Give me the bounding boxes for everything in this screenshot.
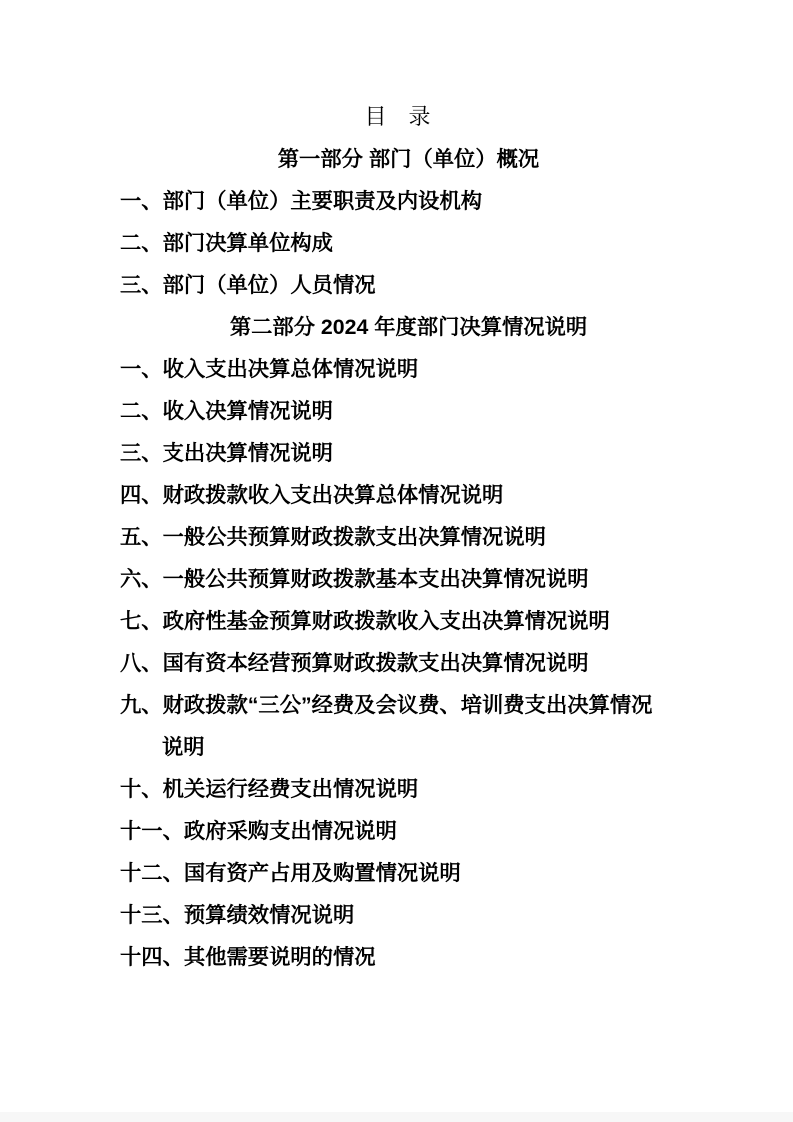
toc-item-p1-3: 三、部门（单位）人员情况 bbox=[120, 264, 697, 306]
toc-item-p2-12: 十二、国有资产占用及购置情况说明 bbox=[120, 852, 697, 894]
toc-item-p1-2: 二、部门决算单位构成 bbox=[120, 222, 697, 264]
toc-item-p2-13: 十三、预算绩效情况说明 bbox=[120, 894, 697, 936]
toc-item-p2-11: 十一、政府采购支出情况说明 bbox=[120, 810, 697, 852]
page-bottom-gap bbox=[0, 1112, 793, 1122]
document-page: 目 录 第一部分 部门（单位）概况 一、部门（单位）主要职责及内设机构 二、部门… bbox=[0, 0, 793, 1122]
part1-heading: 第一部分 部门（单位）概况 bbox=[120, 138, 697, 180]
toc-item-p2-1: 一、收入支出决算总体情况说明 bbox=[120, 348, 697, 390]
toc-item-p2-10: 十、机关运行经费支出情况说明 bbox=[120, 768, 697, 810]
toc-item-p2-8: 八、国有资本经营预算财政拨款支出决算情况说明 bbox=[120, 642, 697, 684]
toc-item-p2-4: 四、财政拨款收入支出决算总体情况说明 bbox=[120, 474, 697, 516]
toc-item-p2-7: 七、政府性基金预算财政拨款收入支出决算情况说明 bbox=[120, 600, 697, 642]
toc-item-p2-6: 六、一般公共预算财政拨款基本支出决算情况说明 bbox=[120, 558, 697, 600]
part2-heading: 第二部分 2024 年度部门决算情况说明 bbox=[120, 306, 697, 348]
toc-content: 目 录 第一部分 部门（单位）概况 一、部门（单位）主要职责及内设机构 二、部门… bbox=[120, 96, 697, 978]
toc-item-p1-1: 一、部门（单位）主要职责及内设机构 bbox=[120, 180, 697, 222]
toc-title: 目 录 bbox=[109, 96, 686, 138]
toc-item-p2-5: 五、一般公共预算财政拨款支出决算情况说明 bbox=[120, 516, 697, 558]
toc-item-p2-3: 三、支出决算情况说明 bbox=[120, 432, 697, 474]
toc-item-p2-14: 十四、其他需要说明的情况 bbox=[120, 936, 697, 978]
toc-item-p2-9-continuation: 说明 bbox=[120, 726, 697, 768]
toc-item-p2-2: 二、收入决算情况说明 bbox=[120, 390, 697, 432]
toc-item-p2-9: 九、财政拨款“三公”经费及会议费、培训费支出决算情况 bbox=[120, 684, 697, 726]
